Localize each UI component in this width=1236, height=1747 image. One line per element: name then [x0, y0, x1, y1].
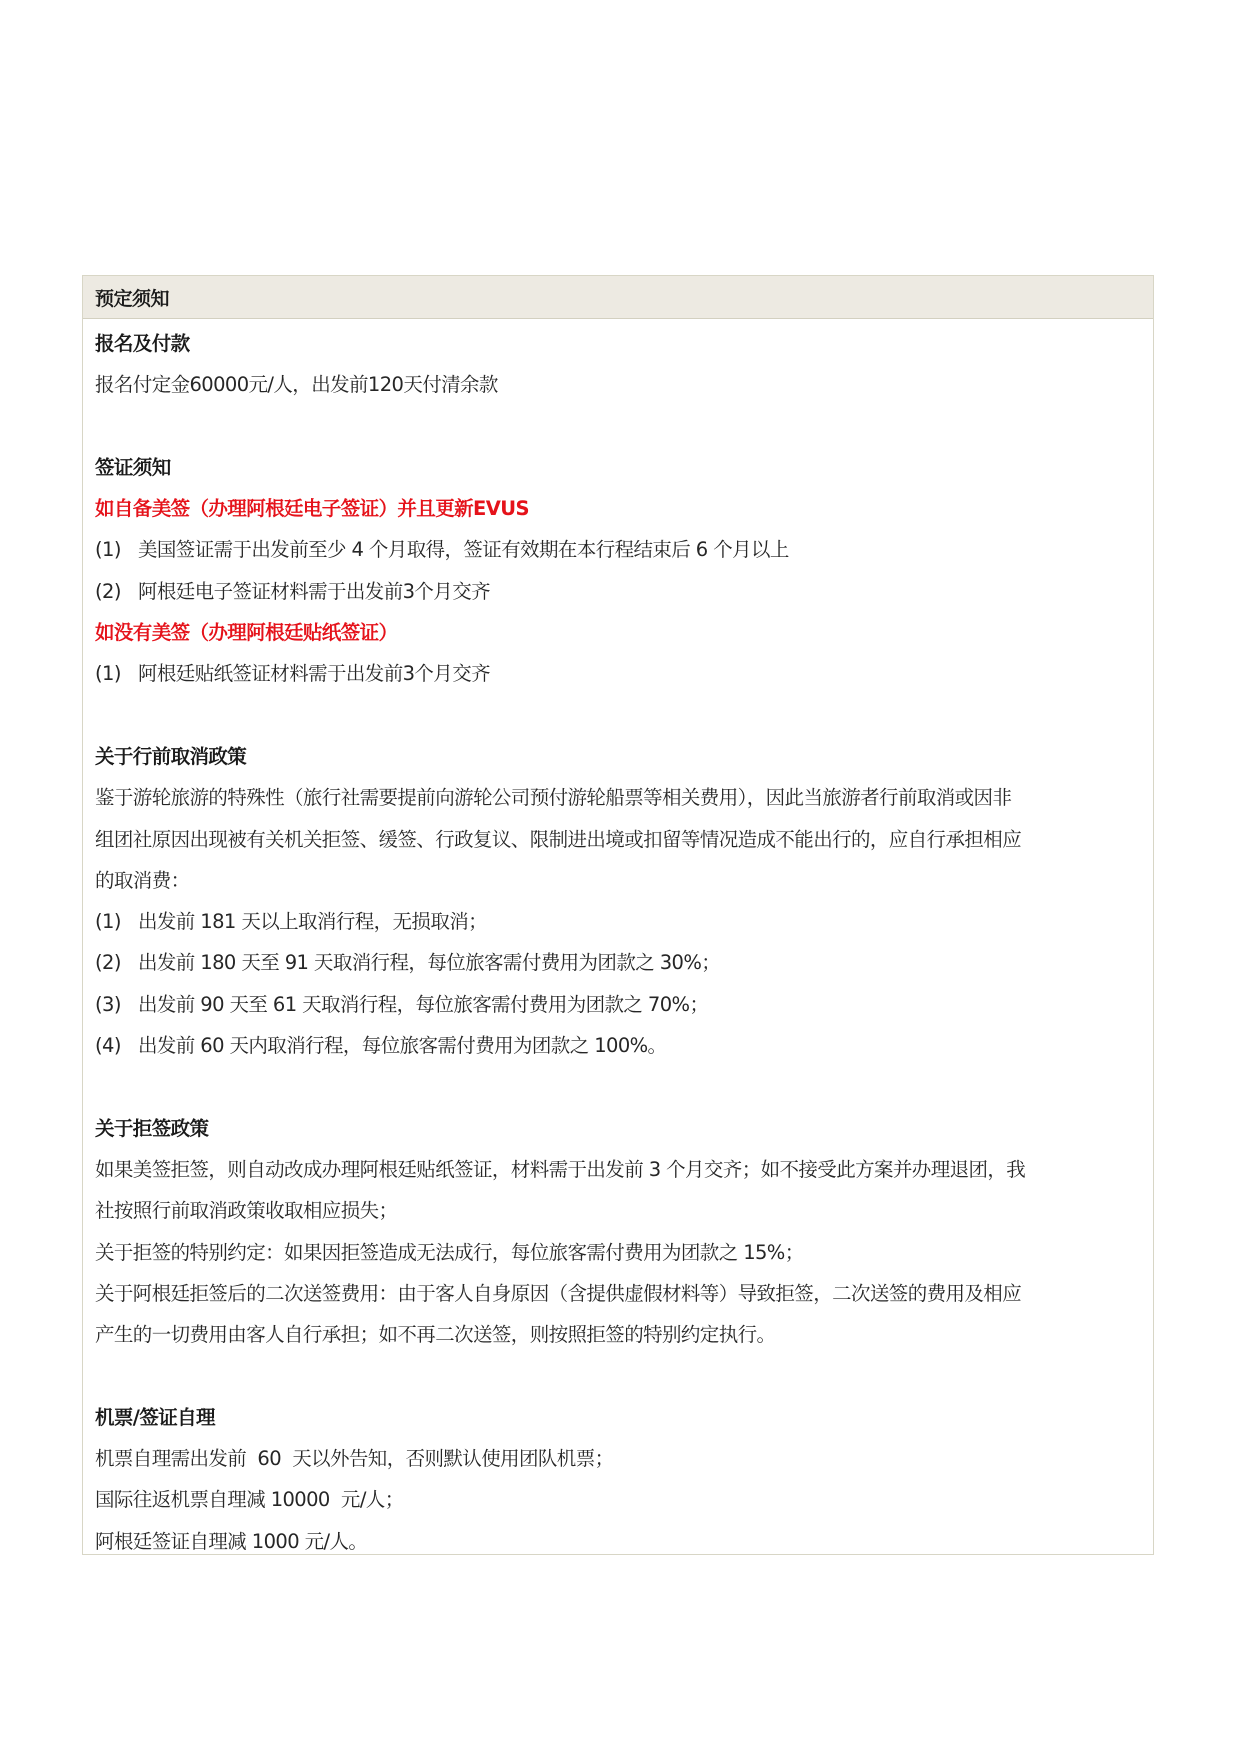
text-line: 如果美签拒签，则自动改成办理阿根廷贴纸签证，材料需于出发前 3 个月交齐；如不接…: [95, 1149, 1141, 1190]
spacer: [95, 695, 1141, 736]
item-text: 阿根廷贴纸签证材料需于出发前3个月交齐: [138, 662, 490, 685]
section-visa: 签证须知 如自备美签（办理阿根廷电子签证）并且更新EVUS (1)美国签证需于出…: [95, 447, 1141, 695]
section-heading: 签证须知: [95, 447, 1141, 488]
booking-notice-panel: 预定须知 报名及付款 报名付定金60000元/人，出发前120天付清余款 签证须…: [82, 275, 1154, 1555]
item-number: (1): [95, 529, 138, 570]
item-number: (2): [95, 942, 138, 983]
section-signup: 报名及付款 报名付定金60000元/人，出发前120天付清余款: [95, 323, 1141, 406]
section-heading: 关于拒签政策: [95, 1108, 1141, 1149]
list-item: (1)阿根廷贴纸签证材料需于出发前3个月交齐: [95, 653, 1141, 694]
paragraph-line: 组团社原因出现被有关机关拒签、缓签、行政复议、限制进出境或扣留等情况造成不能出行…: [95, 819, 1141, 860]
section-heading: 机票/签证自理: [95, 1397, 1141, 1438]
text-line: 报名付定金60000元/人，出发前120天付清余款: [95, 364, 1141, 405]
item-text: 阿根廷电子签证材料需于出发前3个月交齐: [138, 580, 490, 603]
section-visa-refusal-policy: 关于拒签政策 如果美签拒签，则自动改成办理阿根廷贴纸签证，材料需于出发前 3 个…: [95, 1108, 1141, 1356]
spacer: [95, 406, 1141, 447]
item-number: (1): [95, 901, 138, 942]
spacer: [95, 1066, 1141, 1107]
highlight-subheading: 如自备美签（办理阿根廷电子签证）并且更新EVUS: [95, 488, 1141, 529]
text-line: 阿根廷签证自理减 1000 元/人。: [95, 1521, 1141, 1562]
text-line: 关于拒签的特别约定：如果因拒签造成无法成行，每位旅客需付费用为团款之 15%；: [95, 1232, 1141, 1273]
paragraph-line: 的取消费：: [95, 860, 1141, 901]
item-text: 出发前 181 天以上取消行程，无损取消；: [138, 910, 487, 933]
text-line: 社按照行前取消政策收取相应损失；: [95, 1190, 1141, 1231]
section-cancellation-policy: 关于行前取消政策 鉴于游轮旅游的特殊性（旅行社需要提前向游轮公司预付游轮船票等相…: [95, 736, 1141, 1066]
list-item: (1)美国签证需于出发前至少 4 个月取得，签证有效期在本行程结束后 6 个月以…: [95, 529, 1141, 570]
section-heading: 报名及付款: [95, 323, 1141, 364]
text-line: 关于阿根廷拒签后的二次送签费用：由于客人自身原因（含提供虚假材料等）导致拒签，二…: [95, 1273, 1141, 1314]
paragraph-line: 鉴于游轮旅游的特殊性（旅行社需要提前向游轮公司预付游轮船票等相关费用），因此当旅…: [95, 777, 1141, 818]
list-item: (2)阿根廷电子签证材料需于出发前3个月交齐: [95, 571, 1141, 612]
item-text: 出发前 60 天内取消行程，每位旅客需付费用为团款之 100%。: [138, 1034, 666, 1057]
item-number: (3): [95, 984, 138, 1025]
section-self-arranged: 机票/签证自理 机票自理需出发前 60 天以外告知，否则默认使用团队机票； 国际…: [95, 1397, 1141, 1562]
item-number: (2): [95, 571, 138, 612]
spacer: [95, 1355, 1141, 1396]
item-number: (1): [95, 653, 138, 694]
list-item: (2)出发前 180 天至 91 天取消行程，每位旅客需付费用为团款之 30%；: [95, 942, 1141, 983]
list-item: (4)出发前 60 天内取消行程，每位旅客需付费用为团款之 100%。: [95, 1025, 1141, 1066]
list-item: (1)出发前 181 天以上取消行程，无损取消；: [95, 901, 1141, 942]
item-text: 美国签证需于出发前至少 4 个月取得，签证有效期在本行程结束后 6 个月以上: [138, 538, 789, 561]
item-text: 出发前 180 天至 91 天取消行程，每位旅客需付费用为团款之 30%；: [138, 951, 720, 974]
item-number: (4): [95, 1025, 138, 1066]
text-line: 国际往返机票自理减 10000 元/人；: [95, 1479, 1141, 1520]
item-text: 出发前 90 天至 61 天取消行程，每位旅客需付费用为团款之 70%；: [138, 993, 708, 1016]
text-line: 产生的一切费用由客人自行承担；如不再二次送签，则按照拒签的特别约定执行。: [95, 1314, 1141, 1355]
highlight-subheading: 如没有美签（办理阿根廷贴纸签证）: [95, 612, 1141, 653]
section-heading: 关于行前取消政策: [95, 736, 1141, 777]
panel-body: 报名及付款 报名付定金60000元/人，出发前120天付清余款 签证须知 如自备…: [83, 319, 1153, 1562]
text-line: 机票自理需出发前 60 天以外告知，否则默认使用团队机票；: [95, 1438, 1141, 1479]
panel-title: 预定须知: [83, 276, 1153, 319]
list-item: (3)出发前 90 天至 61 天取消行程，每位旅客需付费用为团款之 70%；: [95, 984, 1141, 1025]
